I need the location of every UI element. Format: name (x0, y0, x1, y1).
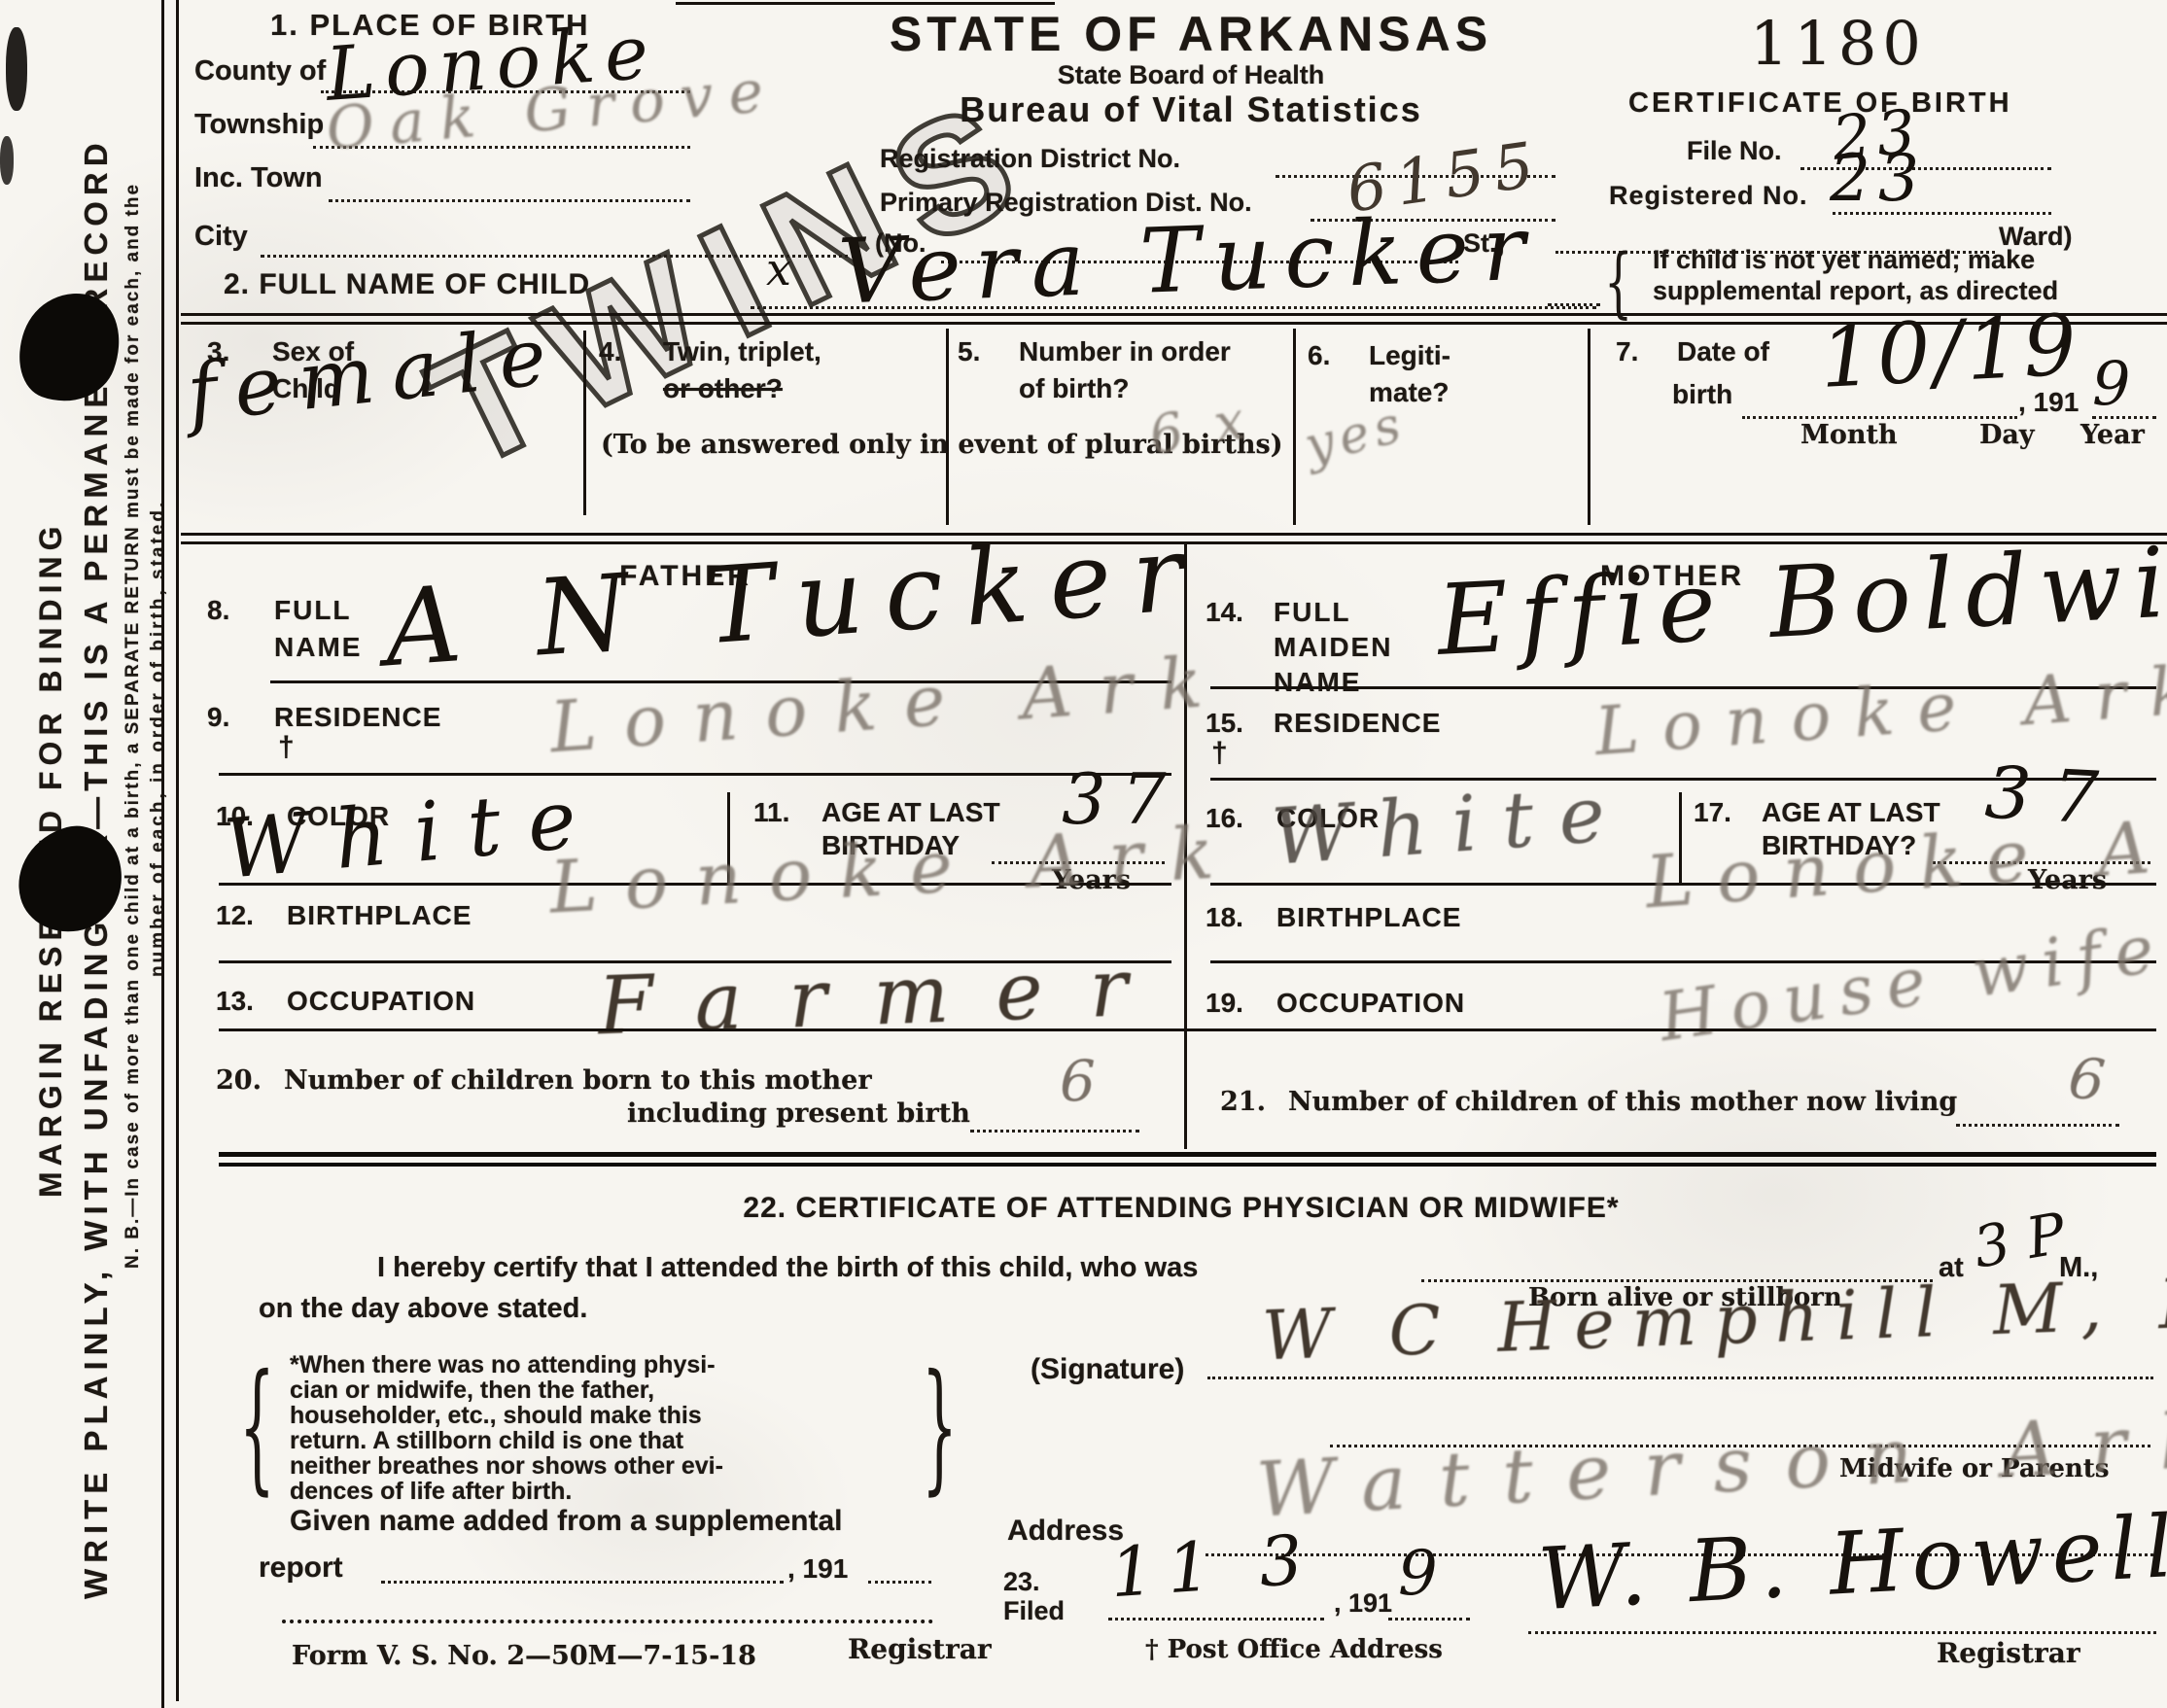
cell-divider (1588, 329, 1590, 525)
binding-border-inner (176, 0, 179, 1701)
certificate-number: 1180 (1750, 8, 1927, 79)
father-birthplace-number: 12. (216, 900, 254, 931)
registrar-label-right: Registrar (1937, 1637, 2080, 1669)
stillborn-note-line: dences of life after birth. (290, 1478, 572, 1506)
not-named-note-line1: If child is not yet named; make (1653, 245, 2035, 275)
section22-title: 22. CERTIFICATE OF ATTENDING PHYSICIAN O… (486, 1192, 1876, 1225)
twin-label-1: Twin, triplet, (663, 336, 821, 367)
stillborn-note-line: *When there was no attending physi- (290, 1351, 716, 1379)
order-label-1: Number in order (1019, 336, 1231, 367)
stillborn-note-line: neither breathes nor shows other evi- (290, 1452, 723, 1481)
child-name-line (751, 306, 1596, 309)
mother-occupation-value: House wife (1655, 910, 2167, 1057)
father-occupation-value: Farmer (597, 941, 1176, 1054)
children-living-label: Number of children of this mother now li… (1288, 1087, 1957, 1117)
month-label: Month (1800, 420, 1898, 450)
township-label: Township (194, 109, 324, 141)
filed-year-value: 9 (1398, 1538, 1438, 1610)
bureau-subtitle: Bureau of Vital Statistics (836, 89, 1546, 130)
city-label: City (194, 221, 248, 253)
child-name-label: 2. FULL NAME OF CHILD (224, 268, 590, 301)
dob-label-1: Date of (1677, 336, 1769, 367)
file-no-label: File No. (1687, 136, 1782, 166)
registrar-signature-line (1528, 1631, 2156, 1634)
county-label: County of (194, 55, 326, 87)
father-occupation-number: 13. (216, 986, 254, 1017)
signature-label: (Signature) (1031, 1353, 1184, 1386)
registrar-signature-value: W. B. Howell (1536, 1496, 2167, 1629)
stillborn-note-line: cian or midwife, then the father, (290, 1377, 654, 1405)
binding-border (161, 0, 164, 1708)
dob-label-2: birth (1672, 379, 1732, 410)
mother-residence-number: 15. (1206, 708, 1243, 739)
father-residence-number: 9. (207, 702, 229, 733)
children-born-label-2: including present birth (627, 1098, 970, 1129)
inc-town-label: Inc. Town (194, 162, 323, 194)
mother-name-number: 14. (1206, 597, 1243, 628)
report-year-line (868, 1581, 931, 1584)
given-name-note: Given name added from a supplemental (290, 1505, 842, 1538)
child-name-mark: x (766, 243, 791, 296)
father-occupation-label: OCCUPATION (287, 986, 475, 1017)
top-edge-mark (676, 2, 1055, 5)
registrar-left-line (282, 1620, 933, 1623)
ink-speck (0, 136, 14, 185)
mother-occupation-number: 19. (1206, 988, 1243, 1019)
twin-label-2: or other? (663, 373, 783, 404)
mother-occupation-label: OCCUPATION (1276, 988, 1465, 1019)
father-name-label-2: NAME (274, 632, 362, 663)
children-living-value: 6 (2066, 1044, 2109, 1113)
order-number: 5. (958, 336, 980, 367)
father-name-label-1: FULL (274, 595, 352, 626)
mother-birthplace-number: 18. (1206, 902, 1243, 933)
ink-blot (5, 278, 134, 416)
filed-date-line (1108, 1618, 1324, 1621)
father-age-number: 11. (753, 797, 789, 828)
dob-year-value: 9 (2092, 348, 2130, 419)
year-label: Year (2080, 420, 2145, 450)
filed-label: Filed (1003, 1596, 1065, 1626)
margin-note-nb-1: N. B.—In case of more than one child at … (122, 183, 144, 1269)
father-residence-label: RESIDENCE (274, 702, 441, 733)
mother-birthplace-label: BIRTHPLACE (1276, 902, 1461, 933)
mother-color-value: White (1269, 767, 1632, 883)
report-year-label: , 191 (787, 1553, 848, 1585)
mother-residence-value: Lonoke Ark (1592, 651, 2167, 771)
stillborn-note-line: return. A stillborn child is one that (290, 1427, 683, 1455)
registrar-label-left: Registrar (848, 1633, 992, 1665)
father-residence-dagger: † (278, 731, 295, 764)
filed-date-value: 11 3 (1107, 1519, 1318, 1614)
address-label: Address (1007, 1515, 1124, 1548)
registered-no-value: 23 (1830, 141, 1927, 216)
dob-line (1742, 416, 2017, 419)
mother-age-number: 17. (1694, 797, 1731, 828)
ink-speck (6, 27, 27, 111)
children-living-number: 21. (1220, 1087, 1266, 1117)
day-label: Day (1979, 420, 2035, 450)
mother-name-value: Effie Boldwin (1435, 521, 2167, 678)
stillborn-note-line: householder, etc., should make this (290, 1402, 702, 1430)
occupation-row-line (219, 1028, 2156, 1031)
day-stated-text: on the day above stated. (259, 1293, 587, 1325)
legitimate-label-1: Legiti- (1369, 340, 1450, 371)
report-label: report (259, 1551, 343, 1585)
mother-name-label-1: FULL (1274, 597, 1351, 628)
rule-below-counts (219, 1152, 2156, 1167)
mother-residence-label: RESIDENCE (1274, 708, 1441, 739)
cell-divider (583, 331, 586, 515)
filed-year-line (1388, 1618, 1470, 1621)
board-subtitle: State Board of Health (836, 60, 1546, 90)
signature-line (1207, 1377, 2153, 1379)
father-birthplace-value: Lonoke Ark (547, 810, 1242, 929)
order-label-2: of birth? (1019, 373, 1130, 404)
children-born-number: 20. (216, 1065, 262, 1096)
mother-residence-dagger: † (1211, 737, 1228, 770)
post-office-address-label: † Post Office Address (1145, 1635, 1443, 1664)
mother-color-number: 16. (1206, 803, 1243, 834)
birth-certificate-scan: MARGIN RESERVED FOR BINDING WRITE PLAINL… (0, 0, 2167, 1708)
cell-divider (1293, 329, 1296, 525)
cell-divider (946, 329, 949, 525)
margin-note-nb-2: number of each, in order of birth, state… (148, 500, 169, 977)
note-brace-left: { (239, 1343, 275, 1509)
report-line (381, 1581, 784, 1584)
dob-number: 7. (1616, 336, 1638, 367)
inc-town-line (329, 199, 690, 202)
father-birthplace-label: BIRTHPLACE (287, 900, 472, 931)
form-number: Form V. S. No. 2—50M—7-15-18 (292, 1641, 756, 1671)
father-residence-line (219, 773, 1171, 776)
mother-name-label-2: MAIDEN (1274, 632, 1392, 663)
state-title: STATE OF ARKANSAS (836, 6, 1546, 62)
filed-year-prefix: , 191 (1334, 1588, 1392, 1619)
father-name-number: 8. (207, 595, 229, 626)
legitimate-value: yes (1299, 395, 1412, 476)
legitimate-number: 6. (1308, 340, 1330, 371)
certify-text: I hereby certify that I attended the bir… (377, 1252, 1198, 1284)
children-born-line (970, 1130, 1139, 1133)
ink-blot (6, 817, 134, 943)
mother-name-label-3: NAME (1274, 667, 1361, 698)
note-leader-line (1548, 303, 1600, 306)
children-born-label-1: Number of children born to this mother (284, 1065, 872, 1096)
twin-number: 4. (599, 336, 621, 367)
filed-number: 23. (1003, 1567, 1040, 1597)
note-brace-right: } (922, 1343, 958, 1509)
children-living-line (1956, 1124, 2119, 1127)
registered-no-label: Registered No. (1609, 181, 1808, 211)
children-born-value: 6 (1060, 1048, 1096, 1114)
registration-district-label: Registration District No. (880, 144, 1180, 174)
certificate-title: CERTIFICATE OF BIRTH (1628, 87, 2012, 120)
dob-year-prefix: , 191 (2018, 387, 2079, 418)
physician-signature-value: W C Hemphill M, D (1261, 1263, 2167, 1377)
